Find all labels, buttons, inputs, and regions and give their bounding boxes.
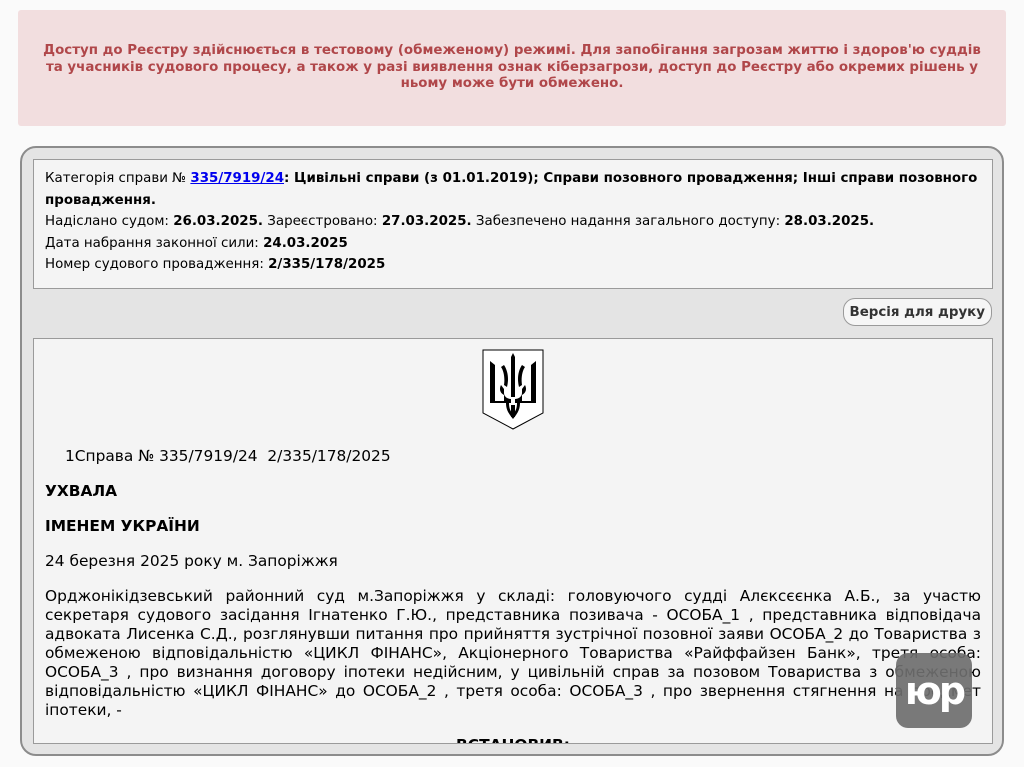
yur-logo-badge[interactable]: юр xyxy=(896,653,972,728)
registered-date: 27.03.2025. xyxy=(382,214,472,229)
case-number-link[interactable]: 335/7919/24 xyxy=(190,171,284,186)
document-body-paragraph: Орджонікідзевський районний суд м.Запорі… xyxy=(45,587,981,720)
ukraine-coat-of-arms-icon xyxy=(482,349,544,431)
sent-date: 26.03.2025. xyxy=(173,214,263,229)
document-established-heading: ВСТАНОВИВ: xyxy=(45,736,981,744)
document-subtitle: ІМЕНЕМ УКРАЇНИ xyxy=(45,517,981,535)
access-warning-text: Доступ до Реєстру здійснюється в тестово… xyxy=(34,43,990,93)
case-info-panel: Категорія справи № 335/7919/24: Цивільні… xyxy=(33,159,993,289)
decision-document: 1Справа № 335/7919/24 2/335/178/2025 УХВ… xyxy=(33,338,993,744)
document-date-place: 24 березня 2025 року м. Запоріжжя xyxy=(45,552,981,570)
decision-container: Категорія справи № 335/7919/24: Цивільні… xyxy=(20,146,1004,756)
access-warning-banner: Доступ до Реєстру здійснюється в тестово… xyxy=(18,10,1006,126)
case-category: Категорія справи № 335/7919/24: Цивільні… xyxy=(45,168,981,211)
print-version-button[interactable]: Версія для друку xyxy=(843,298,993,326)
document-case-line: 1Справа № 335/7919/24 2/335/178/2025 xyxy=(65,447,981,465)
case-dates: Надіслано судом: 26.03.2025. Зареєстрова… xyxy=(45,211,981,233)
public-access-date: 28.03.2025. xyxy=(784,214,874,229)
effective-date: Дата набрання законної сили: 24.03.2025 xyxy=(45,233,981,255)
proceeding-number: Номер судового провадження: 2/335/178/20… xyxy=(45,254,981,276)
document-title: УХВАЛА xyxy=(45,482,981,500)
